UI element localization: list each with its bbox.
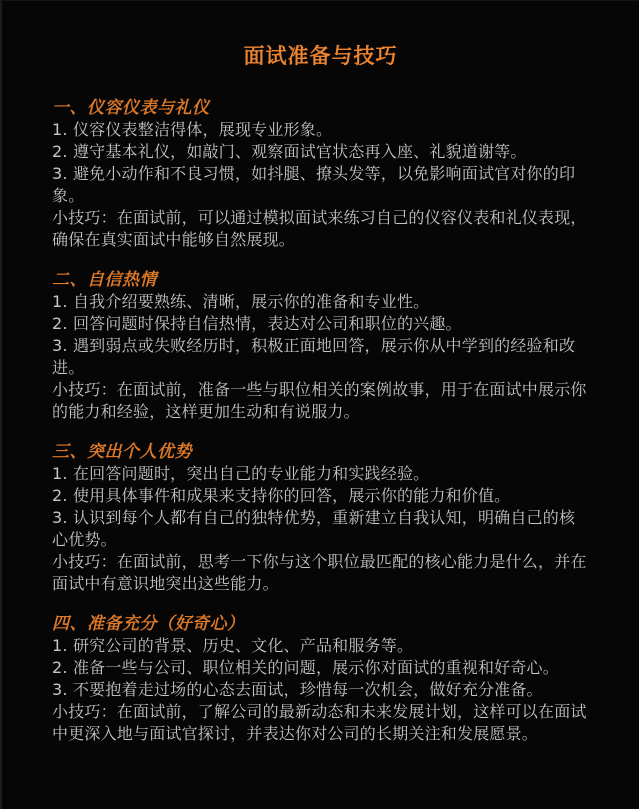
page-title: 面试准备与技巧 <box>2 1 639 69</box>
document-page: 面试准备与技巧 一、仪容仪表与礼仪 1. 仪容仪表整洁得体，展现专业形象。 2.… <box>0 0 639 809</box>
tip-text: 小技巧：在面试前，思考一下你与这个职位最匹配的核心能力是什么，并在面试中有意识地… <box>52 551 591 595</box>
list-item: 3. 避免小动作和不良习惯，如抖腿、撩头发等，以免影响面试官对你的印象。 <box>52 163 591 207</box>
list-item: 3. 认识到每个人都有自己的独特优势，重新建立自我认知，明确自己的核心优势。 <box>52 507 591 551</box>
section-thorough-preparation: 四、准备充分（好奇心） 1. 研究公司的背景、历史、文化、产品和服务等。 2. … <box>52 613 591 745</box>
list-item: 1. 自我介绍要熟练、清晰，展示你的准备和专业性。 <box>52 291 591 313</box>
list-item: 2. 遵守基本礼仪，如敲门、观察面试官状态再入座、礼貌道谢等。 <box>52 141 591 163</box>
content: 一、仪容仪表与礼仪 1. 仪容仪表整洁得体，展现专业形象。 2. 遵守基本礼仪，… <box>2 69 639 745</box>
list-item: 3. 遇到弱点或失败经历时，积极正面地回答，展示你从中学到的经验和改进。 <box>52 335 591 379</box>
list-item: 2. 使用具体事件和成果来支持你的回答，展示你的能力和价值。 <box>52 485 591 507</box>
tip-text: 小技巧：在面试前，准备一些与职位相关的案例故事，用于在面试中展示你的能力和经验，… <box>52 379 591 423</box>
section-heading: 一、仪容仪表与礼仪 <box>52 97 591 119</box>
section-heading: 四、准备充分（好奇心） <box>52 613 591 635</box>
section-heading: 二、自信热情 <box>52 269 591 291</box>
list-item: 1. 仪容仪表整洁得体，展现专业形象。 <box>52 119 591 141</box>
tip-text: 小技巧：在面试前，了解公司的最新动态和未来发展计划，这样可以在面试中更深入地与面… <box>52 701 591 745</box>
list-item: 1. 研究公司的背景、历史、文化、产品和服务等。 <box>52 635 591 657</box>
section-personal-strengths: 三、突出个人优势 1. 在回答问题时，突出自己的专业能力和实践经验。 2. 使用… <box>52 441 591 595</box>
tip-text: 小技巧：在面试前，可以通过模拟面试来练习自己的仪容仪表和礼仪表现，确保在真实面试… <box>52 207 591 251</box>
section-confidence-enthusiasm: 二、自信热情 1. 自我介绍要熟练、清晰，展示你的准备和专业性。 2. 回答问题… <box>52 269 591 423</box>
section-appearance-etiquette: 一、仪容仪表与礼仪 1. 仪容仪表整洁得体，展现专业形象。 2. 遵守基本礼仪，… <box>52 97 591 251</box>
list-item: 2. 准备一些与公司、职位相关的问题，展示你对面试的重视和好奇心。 <box>52 657 591 679</box>
list-item: 2. 回答问题时保持自信热情，表达对公司和职位的兴趣。 <box>52 313 591 335</box>
list-item: 3. 不要抱着走过场的心态去面试，珍惜每一次机会，做好充分准备。 <box>52 679 591 701</box>
section-heading: 三、突出个人优势 <box>52 441 591 463</box>
list-item: 1. 在回答问题时，突出自己的专业能力和实践经验。 <box>52 463 591 485</box>
